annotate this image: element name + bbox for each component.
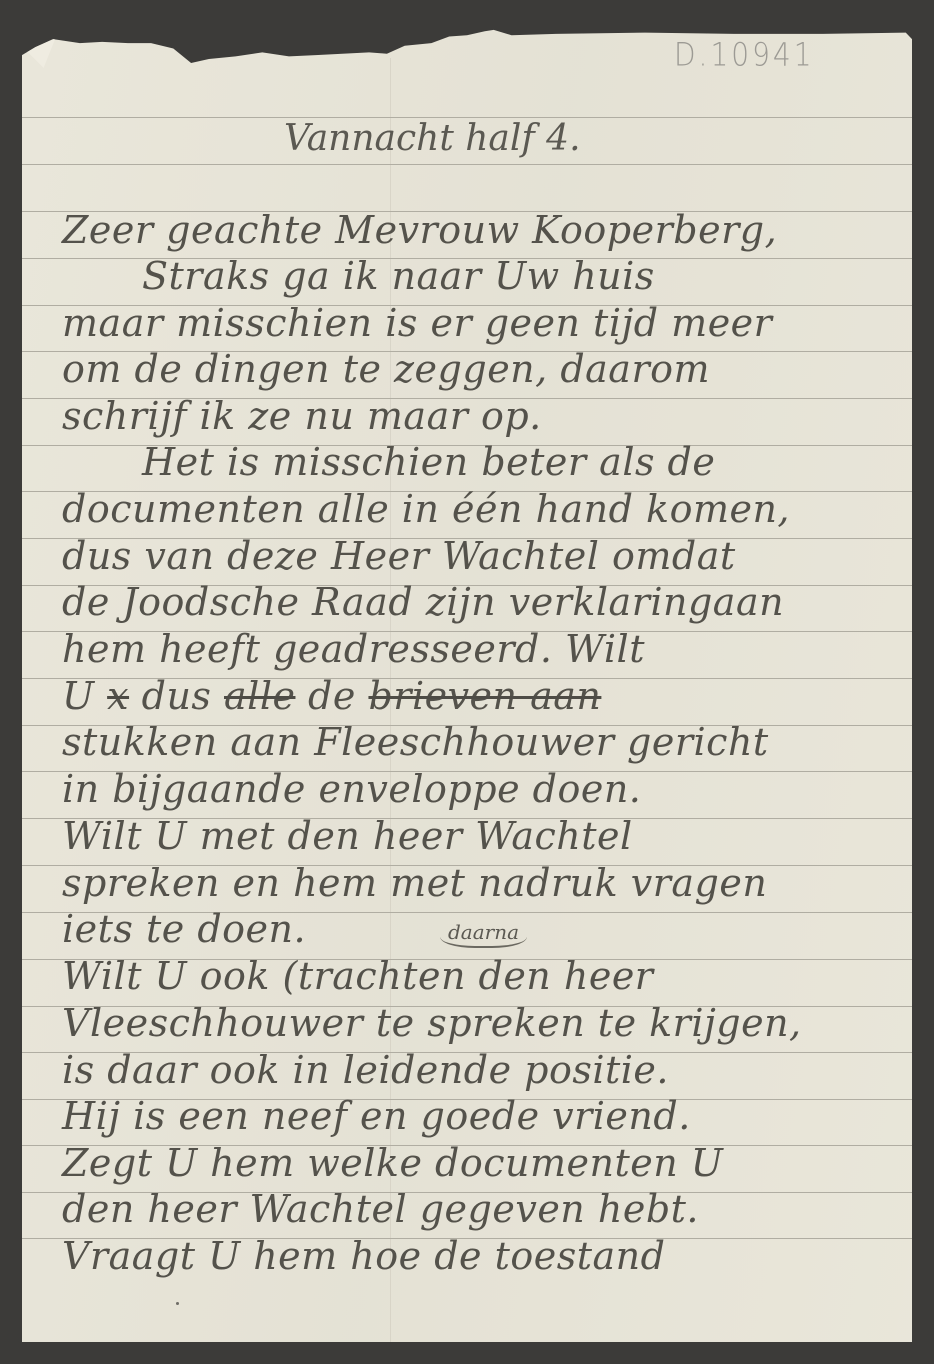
letter-line: hem heeft geadresseerd. Wilt <box>62 627 645 671</box>
letter-line: de Joodsche Raad zijn verklaringaan <box>62 580 784 624</box>
letter-line: Het is misschien beter als de <box>142 440 715 484</box>
salutation: Zeer geachte Mevrouw Kooperberg, <box>62 208 777 252</box>
text-fragment: de <box>295 674 368 718</box>
letter-line: Zegt U hem welke documenten U <box>62 1141 723 1185</box>
letter-line: maar misschien is er geen tijd meer <box>62 301 772 345</box>
inserted-word: daarna <box>440 920 527 948</box>
letter-line: spreken en hem met nadruk vragen <box>62 861 767 905</box>
letter-line: Straks ga ik naar Uw huis <box>142 254 655 298</box>
text-fragment: dus <box>129 674 224 718</box>
letter-line: is daar ook in leidende positie. <box>62 1048 669 1092</box>
letter-line-with-deletions: U x dus alle de brieven aan <box>62 674 601 718</box>
letter-line: schrijf ik ze nu maar op. <box>62 394 542 438</box>
letter-line: om de dingen te zeggen, daarom <box>62 347 710 391</box>
letter-line: Vleeschhouwer te spreken te krijgen, <box>62 1001 802 1045</box>
letter-heading: Vannacht half 4. <box>284 118 581 159</box>
letter-line: in bijgaande enveloppe doen. <box>62 767 641 811</box>
letter-paper: D.10941 Vannacht half 4. Zeer geachte Me… <box>22 18 912 1342</box>
letter-line: Hij is een neef en goede vriend. <box>62 1094 691 1138</box>
letter-line: den heer Wachtel gegeven hebt. <box>62 1187 699 1231</box>
letter-line: Wilt U met den heer Wachtel <box>62 814 633 858</box>
struck-text: alle <box>224 674 295 718</box>
letter-line: Wilt U ook (trachten den heer <box>62 954 653 998</box>
letter-line: documenten alle in één hand komen, <box>62 487 790 531</box>
ink-speck <box>176 1302 179 1305</box>
letter-line: Vraagt U hem hoe de toestand <box>62 1234 665 1278</box>
ruled-line <box>22 164 912 165</box>
folded-corner <box>22 32 58 68</box>
archive-number: D.10941 <box>674 36 815 74</box>
struck-text: x <box>107 674 129 718</box>
letter-line: stukken aan Fleeschhouwer gericht <box>62 720 769 764</box>
scanned-page: D.10941 Vannacht half 4. Zeer geachte Me… <box>0 0 934 1364</box>
letter-line: iets te doen. <box>62 907 306 951</box>
text-fragment: U <box>62 674 107 718</box>
struck-text: brieven aan <box>368 674 601 718</box>
letter-line: dus van deze Heer Wachtel omdat <box>62 534 736 578</box>
